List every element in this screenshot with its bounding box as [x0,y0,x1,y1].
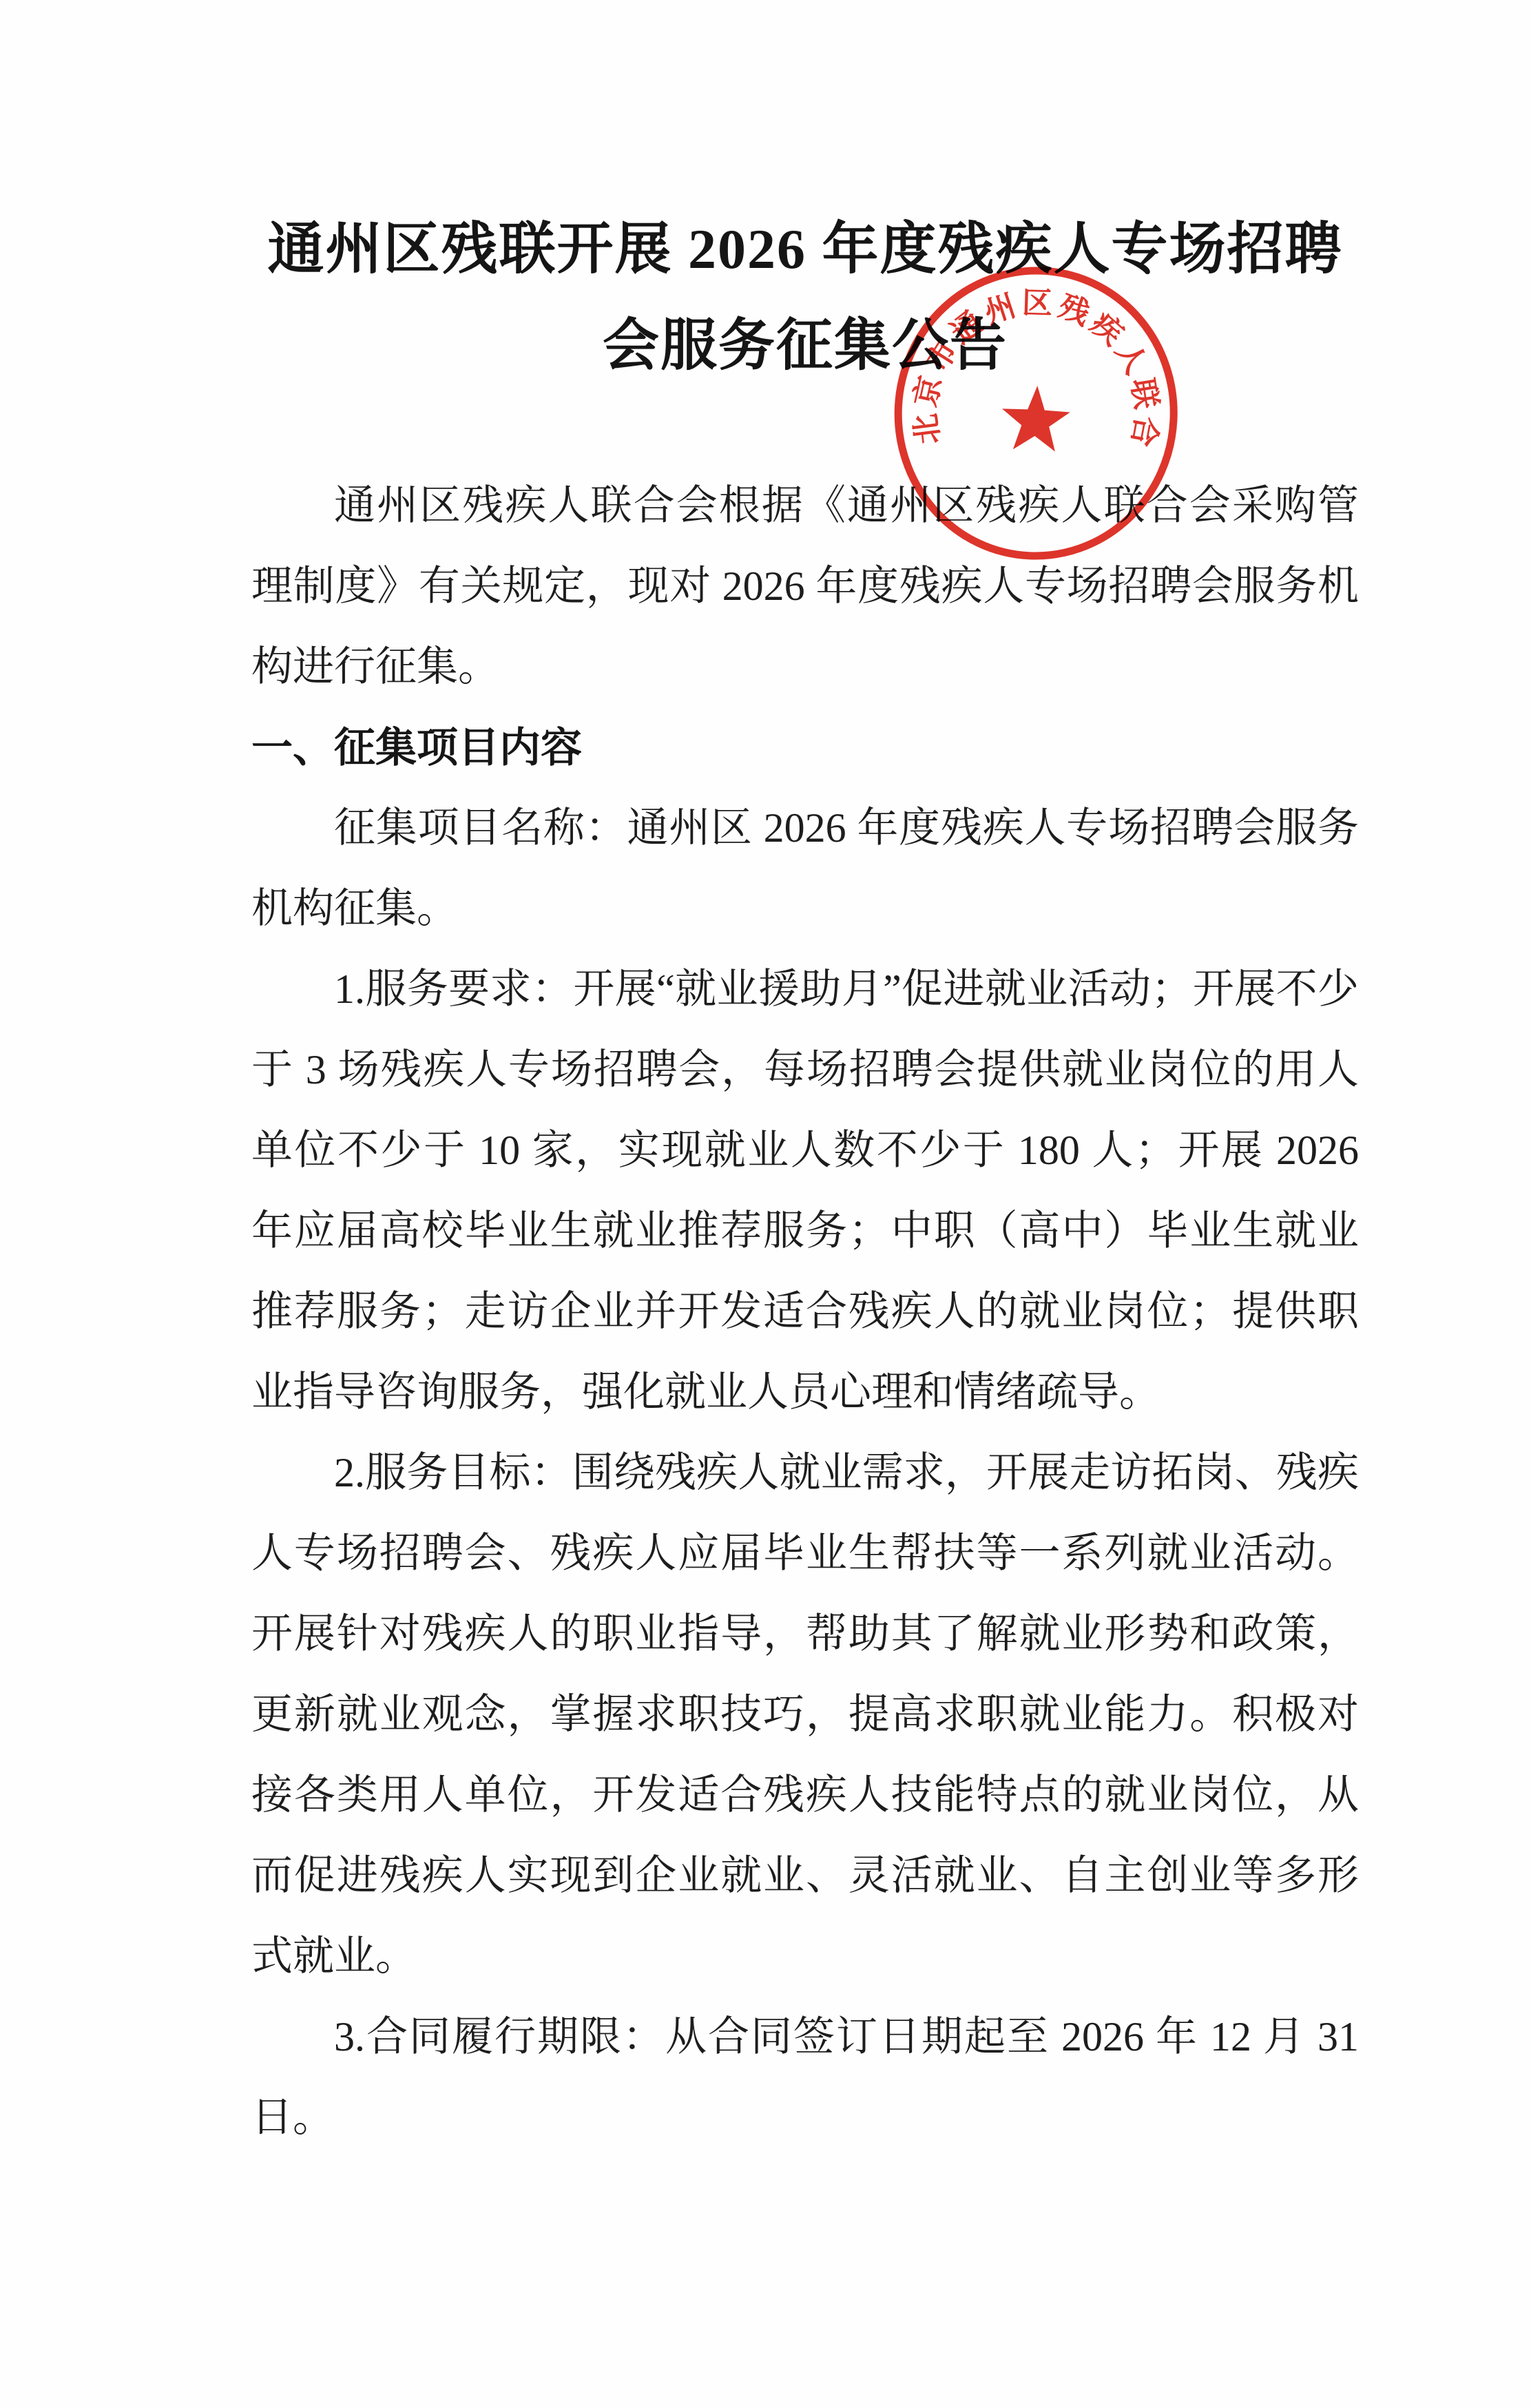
paragraph-service-goals: 2.服务目标：围绕残疾人就业需求，开展走访拓岗、残疾人专场招聘会、残疾人应届毕业… [251,1433,1359,1997]
document-title: 通州区残联开展 2026 年度残疾人专场招聘 会服务征集公告 [251,201,1359,394]
paragraph-project-name: 征集项目名称：通州区 2026 年度残疾人专场招聘会服务机构征集。 [251,788,1359,949]
title-line-1: 通州区残联开展 2026 年度残疾人专场招聘 [251,201,1359,298]
document-body: 通州区残疾人联合会根据《通州区残疾人联合会采购管理制度》有关规定，现对 2026… [251,466,1359,2158]
paragraph-contract-period: 3.合同履行期限：从合同签订日期起至 2026 年 12 月 31 日。 [251,1997,1359,2158]
star-icon [1000,384,1072,452]
official-seal-stamp: 北京市通州区残疾人联合会 [881,257,1191,575]
section-heading: 一、征集项目内容 [251,707,1359,788]
document-page: 通州区残联开展 2026 年度残疾人专场招聘 会服务征集公告 通州区残疾人联合会… [0,0,1531,2408]
title-line-2: 会服务征集公告 [251,298,1359,394]
paragraph-intro: 通州区残疾人联合会根据《通州区残疾人联合会采购管理制度》有关规定，现对 2026… [251,466,1359,707]
paragraph-service-requirements: 1.服务要求：开展“就业援助月”促进就业活动；开展不少于 3 场残疾人专场招聘会… [251,949,1359,1433]
document-content: 通州区残联开展 2026 年度残疾人专场招聘 会服务征集公告 通州区残疾人联合会… [251,201,1359,2158]
